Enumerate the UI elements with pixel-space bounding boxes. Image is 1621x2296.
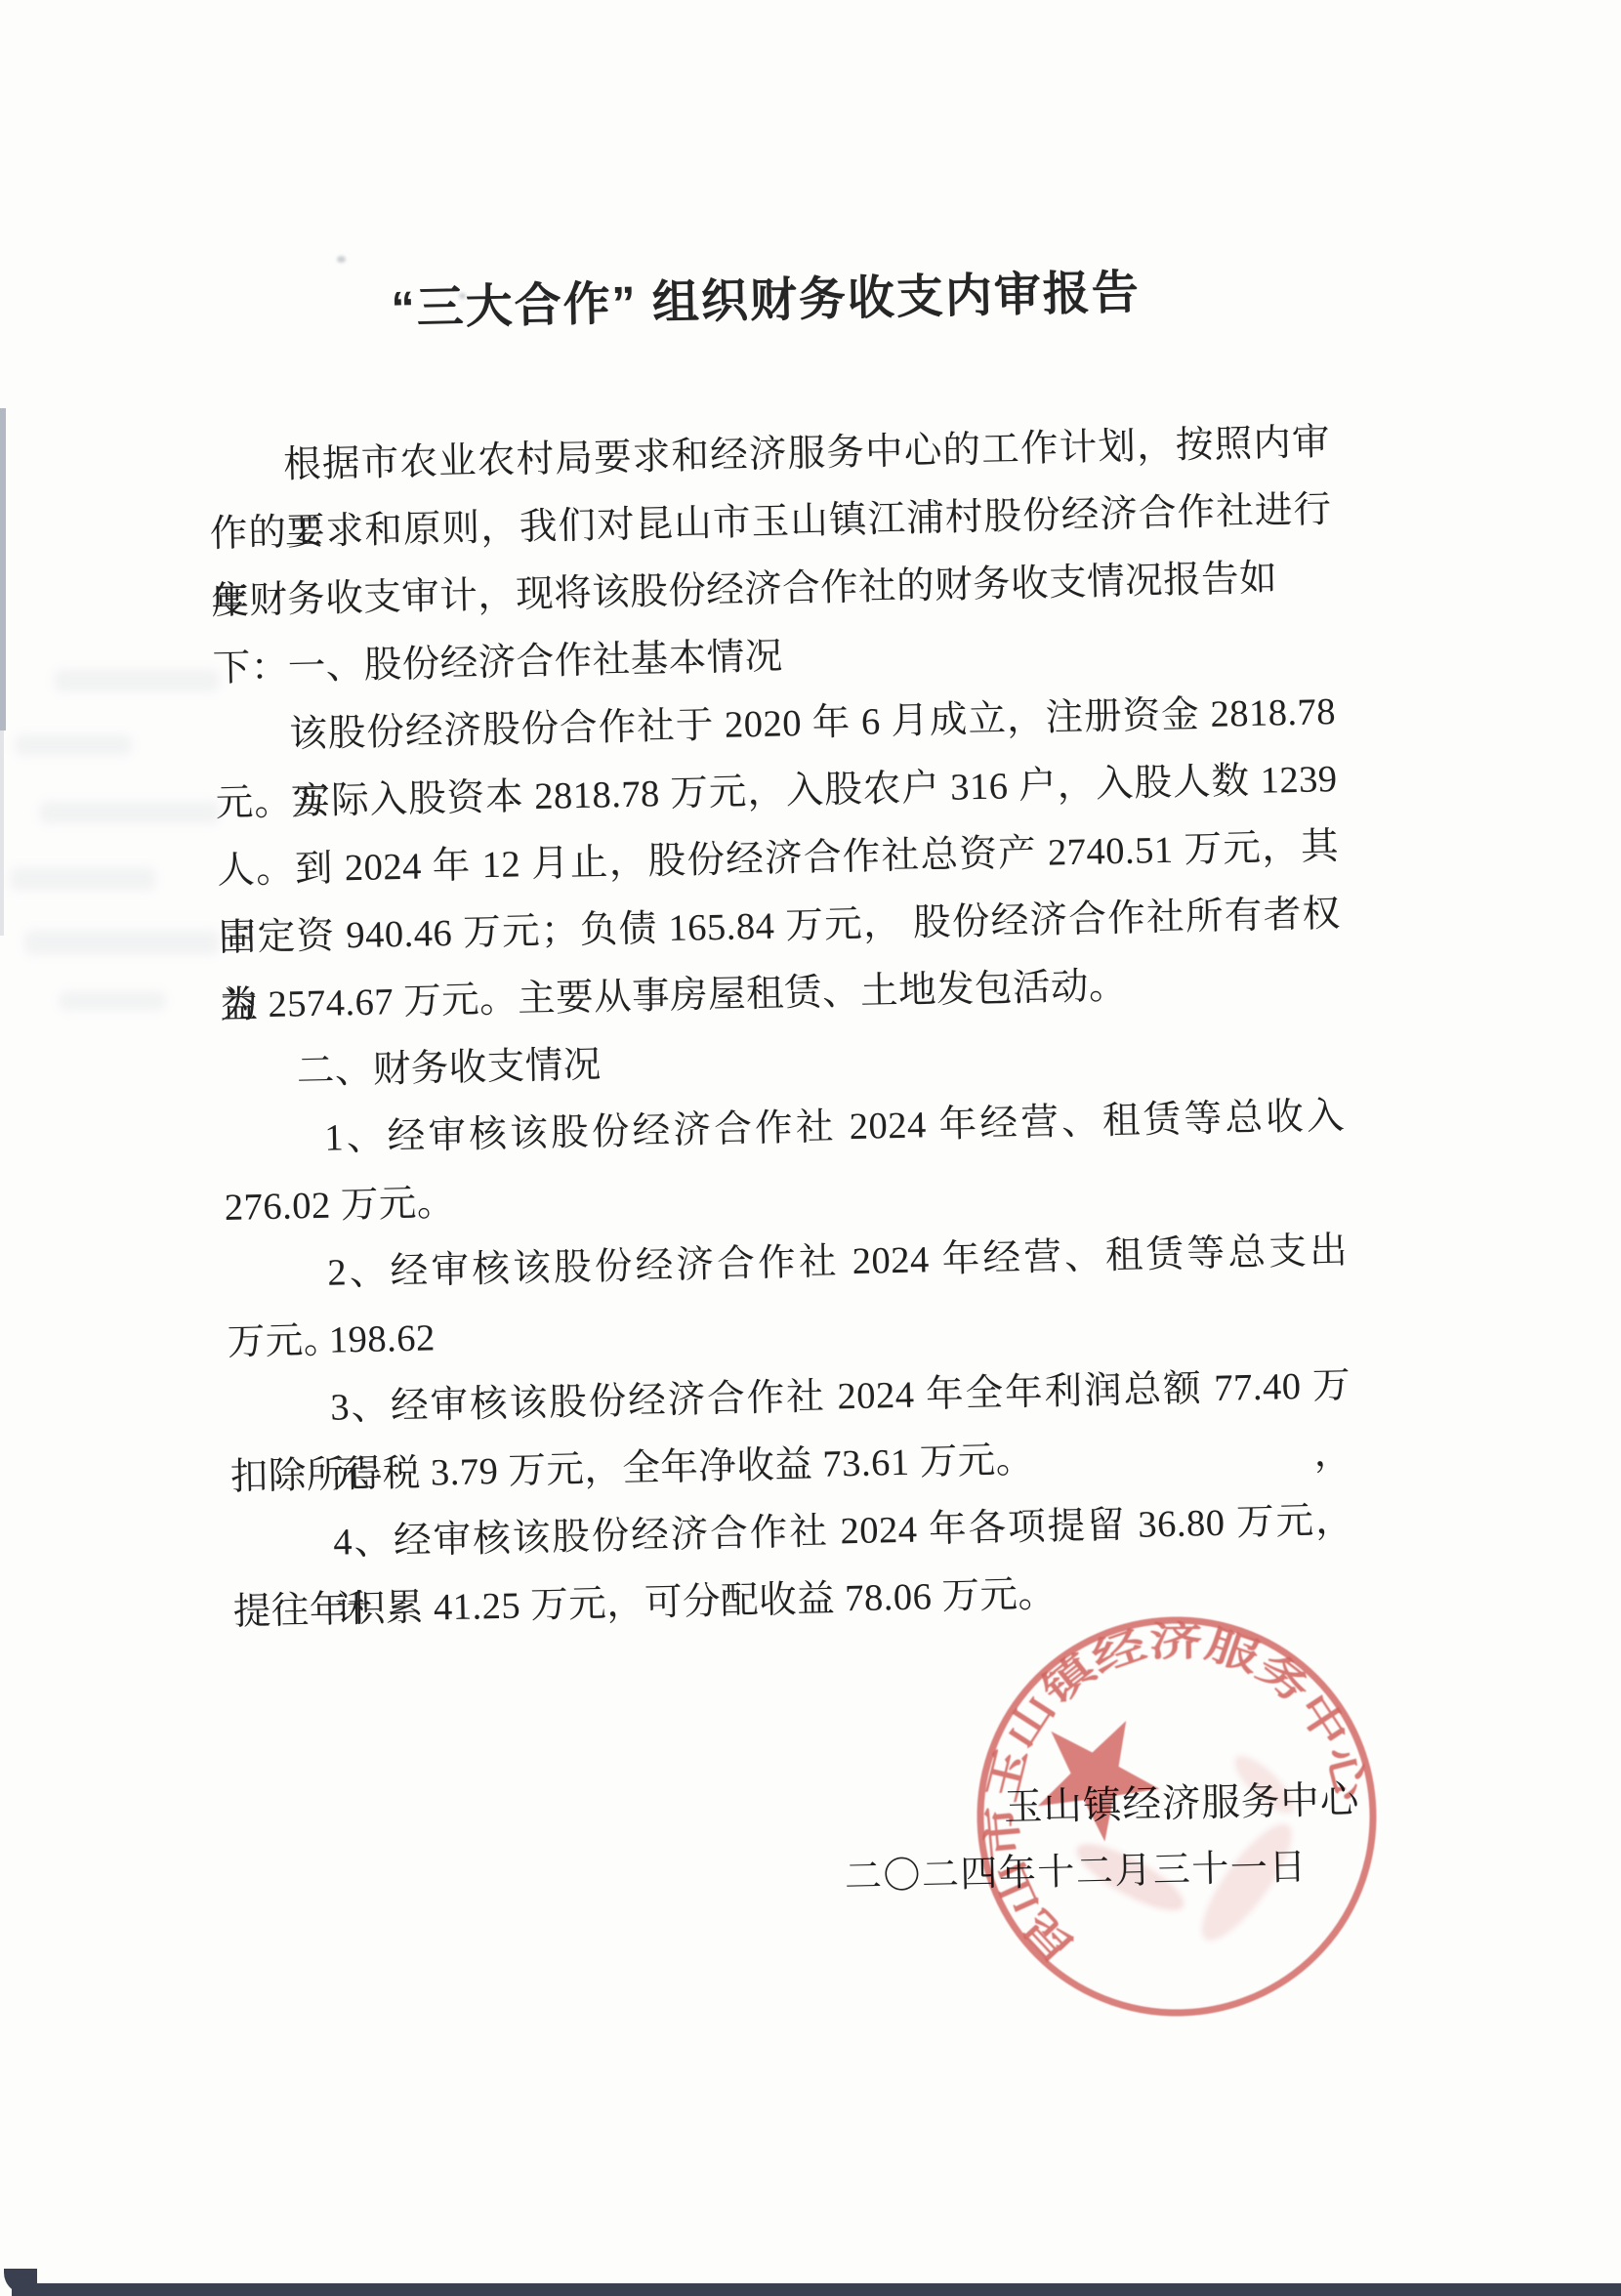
body-text: 根据市农业农村局要求和经济服务中心的工作计划，按照内审工作的要求和原则，我们对昆…: [208, 409, 1356, 1647]
page-title: “三大合作” 组织财务收支内审报告: [204, 254, 1327, 349]
scan-artifact: [0, 408, 6, 731]
scan-artifact: [10, 867, 156, 891]
scan-artifact: [459, 293, 466, 299]
scan-artifact: [0, 731, 4, 936]
scan-artifact: [12, 2283, 1621, 2296]
scan-artifact: [24, 930, 220, 955]
scan-artifact: [4, 2269, 37, 2294]
scan-artifact: [54, 669, 220, 692]
scan-artifact: [15, 734, 132, 756]
scan-artifact: [337, 256, 346, 263]
scan-artifact: [59, 991, 166, 1011]
scan-artifact: [39, 801, 220, 824]
